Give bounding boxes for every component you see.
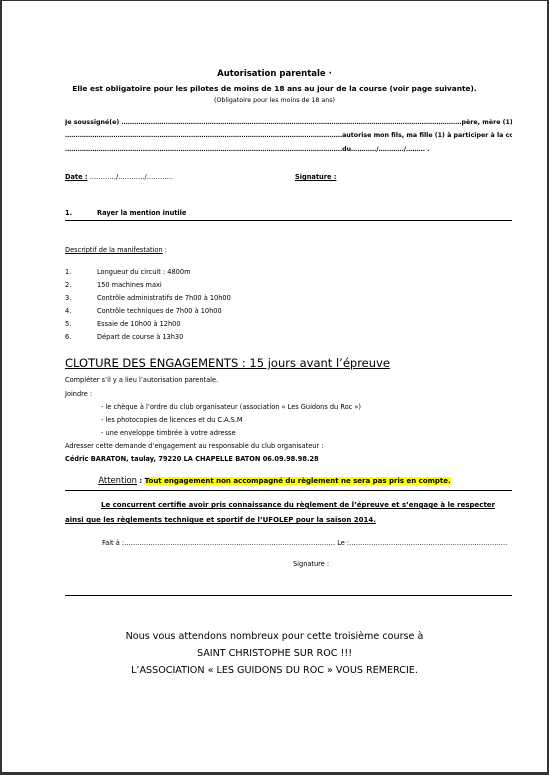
certification-line-1: Le concurrent certifie avoir pris connai… xyxy=(101,501,495,509)
list-item-text: Longueur du circuit : 4800m xyxy=(97,268,191,276)
attention-label: Attention xyxy=(98,475,137,485)
form-line-date-course: …………………………………………………………………………………………………………… xyxy=(65,146,430,153)
divider xyxy=(65,595,512,596)
document-page: Autorisation parentale · Elle est obliga… xyxy=(2,1,547,772)
list-item-text: Contrôle administratifs de 7h00 à 10h00 xyxy=(97,294,231,302)
contact-info: Cédric BARATON, taulay, 79220 LA CHAPELL… xyxy=(65,455,319,463)
footnote-number: 1. xyxy=(65,209,97,217)
list-item-number: 4. xyxy=(65,307,97,315)
footnote: 1.Rayer la mention inutile xyxy=(65,209,186,217)
list-item: 3.Contrôle administratifs de 7h00 à 10h0… xyxy=(65,294,231,302)
attention-sep: : xyxy=(137,477,145,485)
complete-instruction: Compléter s’il y a lieu l’autorisation p… xyxy=(65,376,218,384)
list-item: 1.Longueur du circuit : 4800m xyxy=(65,268,191,276)
cloture-heading: CLOTURE DES ENGAGEMENTS : 15 jours avant… xyxy=(65,356,390,370)
form-line-soussigne: Je soussigné(e) ………………………………………………………………… xyxy=(65,119,512,126)
descriptif-heading-suffix: : xyxy=(163,246,167,254)
form-line-autorise: …………………………………………………………………………………………………………… xyxy=(65,132,512,139)
divider xyxy=(65,490,512,491)
list-item-number: 3. xyxy=(65,294,97,302)
list-item-text: Essaie de 10h00 à 12h00 xyxy=(97,320,181,328)
signature-label: Signature : xyxy=(295,173,336,181)
list-item-number: 1. xyxy=(65,268,97,276)
attachment-item: - une enveloppe timbrée à votre adresse xyxy=(101,429,236,437)
date-label: Date : xyxy=(65,173,87,181)
closing-line-3: L’ASSOCIATION « LES GUIDONS DU ROC » VOU… xyxy=(2,665,547,676)
attachment-item: - le chèque à l’ordre du club organisate… xyxy=(101,403,361,411)
age-note: (Obligatoire pour les moins de 18 ans) xyxy=(2,97,547,104)
list-item: 6.Départ de course à 13h30 xyxy=(65,333,183,341)
list-item-number: 2. xyxy=(65,281,97,289)
divider xyxy=(65,220,512,221)
attention-notice: Attention : Tout engagement non accompag… xyxy=(2,475,547,485)
list-item-text: Contrôle techniques de 7h00 à 10h00 xyxy=(97,307,222,315)
list-item-number: 6. xyxy=(65,333,97,341)
list-item-number: 5. xyxy=(65,320,97,328)
list-item-text: 150 machines maxi xyxy=(97,281,162,289)
page-subtitle: Elle est obligatoire pour les pilotes de… xyxy=(2,84,547,93)
page-title: Autorisation parentale · xyxy=(2,69,547,79)
attention-text: Tout engagement non accompagné du règlem… xyxy=(145,477,451,485)
final-signature-label: Signature : xyxy=(293,560,329,568)
list-item: 4.Contrôle techniques de 7h00 à 10h00 xyxy=(65,307,222,315)
list-item: 2.150 machines maxi xyxy=(65,281,162,289)
joindre-label: Joindre : xyxy=(65,390,92,398)
date-field: Date : …………/…………/………… xyxy=(65,173,173,181)
descriptif-heading: Descriptif de la manifestation : xyxy=(65,246,167,254)
list-item-text: Départ de course à 13h30 xyxy=(97,333,183,341)
certification-line-2: ainsi que les règlements technique et sp… xyxy=(65,516,376,524)
attachment-item: - les photocopies de licences et du C.A.… xyxy=(101,416,243,424)
descriptif-heading-text: Descriptif de la manifestation xyxy=(65,246,163,254)
fait-a-field: Fait à :……………………………………………………………………………………… xyxy=(102,539,507,547)
address-intro: Adresser cette demande d’engagement au r… xyxy=(65,442,323,450)
footnote-text: Rayer la mention inutile xyxy=(97,209,186,217)
closing-line-2: SAINT CHRISTOPHE SUR ROC !!! xyxy=(2,648,547,659)
list-item: 5.Essaie de 10h00 à 12h00 xyxy=(65,320,181,328)
closing-line-1: Nous vous attendons nombreux pour cette … xyxy=(2,631,547,642)
date-value: …………/…………/………… xyxy=(87,173,173,181)
